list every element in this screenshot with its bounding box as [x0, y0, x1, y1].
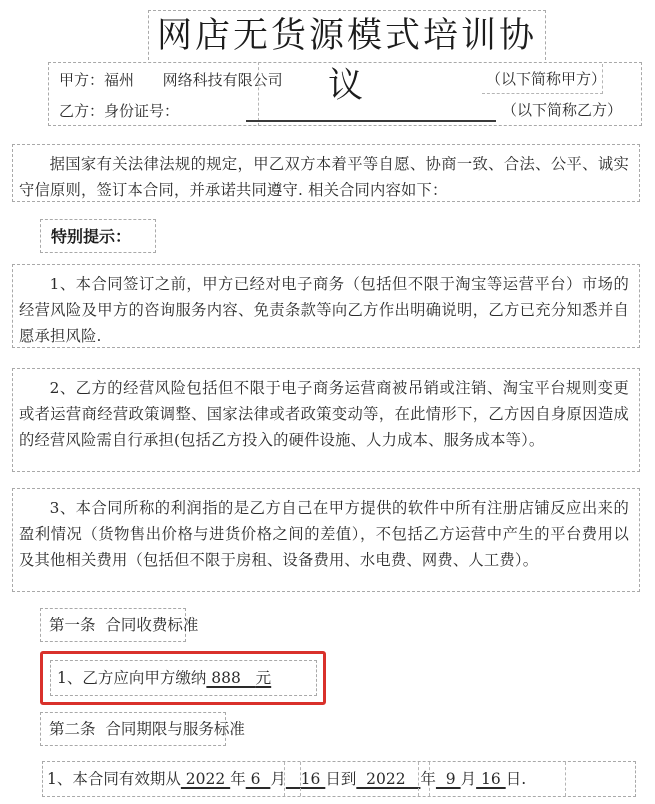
- notice-2: 2、乙方的经营风险包括但不限于电子商务运营商被吊销或注销、淘宝平台规则变更或者运…: [12, 368, 640, 472]
- special-notice-heading: 特别提示：: [40, 219, 156, 253]
- article-2-heading: 第二条 合同期限与服务标准: [40, 712, 226, 746]
- notice-1-text: 1、本合同签订之前，甲方已经对电子商务（包括但不限于淘宝等运营平台）市场的经营风…: [19, 271, 629, 349]
- contract-term-clause: 1、本合同有效期从 2022 年 6 月 16 日到 2022 年 9 月 16…: [42, 761, 636, 797]
- start-day: 16: [286, 770, 325, 788]
- fee-unit: 元: [256, 669, 272, 687]
- fee-clause: 1、乙方应向甲方缴纳 888 元: [50, 660, 317, 696]
- party-b-label: 乙方：身份证号：: [59, 102, 179, 120]
- party-b-row: 乙方：身份证号：: [59, 100, 179, 121]
- party-a-abbreviation: （以下简称甲方）: [486, 68, 606, 89]
- field-divider: [300, 762, 301, 796]
- day-to-label: 日到: [325, 770, 356, 788]
- notice-1: 1、本合同签订之前，甲方已经对电子商务（包括但不限于淘宝等运营平台）市场的经营风…: [12, 264, 640, 348]
- notice-2-text: 2、乙方的经营风险包括但不限于电子商务运营商被吊销或注销、淘宝平台规则变更或者运…: [19, 375, 629, 453]
- fee-prefix: 1、乙方应向甲方缴纳: [57, 669, 206, 687]
- end-month: 9: [436, 770, 461, 788]
- field-divider: [565, 762, 566, 796]
- term-prefix: 1、本合同有效期从: [47, 770, 181, 788]
- month-label-2: 月: [461, 770, 477, 788]
- fee-amount: 888 元: [206, 669, 271, 687]
- spacer: [134, 71, 163, 89]
- article-1-heading: 第一条 合同收费标准: [40, 608, 186, 642]
- field-divider: [418, 762, 419, 796]
- field-divider: [429, 762, 430, 796]
- start-year: 2022: [181, 770, 230, 788]
- start-month: 6: [246, 770, 271, 788]
- notice-3-text: 3、本合同所称的利润指的是乙方自己在甲方提供的软件中所有注册店铺反应出来的盈利情…: [19, 495, 629, 573]
- party-a-city: 福州: [104, 71, 134, 89]
- document-title: 网店无货源模式培训协议: [148, 10, 546, 60]
- field-divider: [284, 762, 285, 796]
- end-day: 16: [476, 770, 506, 788]
- year-label: 年: [230, 770, 246, 788]
- intro-paragraph: 据国家有关法律法规的规定，甲乙双方本着平等自愿、协商一致、合法、公平、诚实守信原…: [12, 144, 640, 202]
- id-number-blank: [246, 120, 496, 122]
- party-b-abbreviation: （以下简称乙方）: [502, 99, 622, 120]
- fee-amount-value: 888: [206, 669, 255, 687]
- intro-text: 据国家有关法律法规的规定，甲乙双方本着平等自愿、协商一致、合法、公平、诚实守信原…: [19, 151, 629, 203]
- party-a-row: 甲方：福州 网络科技有限公司: [59, 69, 283, 90]
- notice-3: 3、本合同所称的利润指的是乙方自己在甲方提供的软件中所有注册店铺反应出来的盈利情…: [12, 488, 640, 592]
- party-a-company: 网络科技有限公司: [163, 71, 283, 89]
- field-divider: [258, 62, 259, 126]
- end-year: 2022: [356, 770, 420, 788]
- day-end-label: 日.: [506, 770, 526, 788]
- party-a-label: 甲方：: [59, 71, 104, 89]
